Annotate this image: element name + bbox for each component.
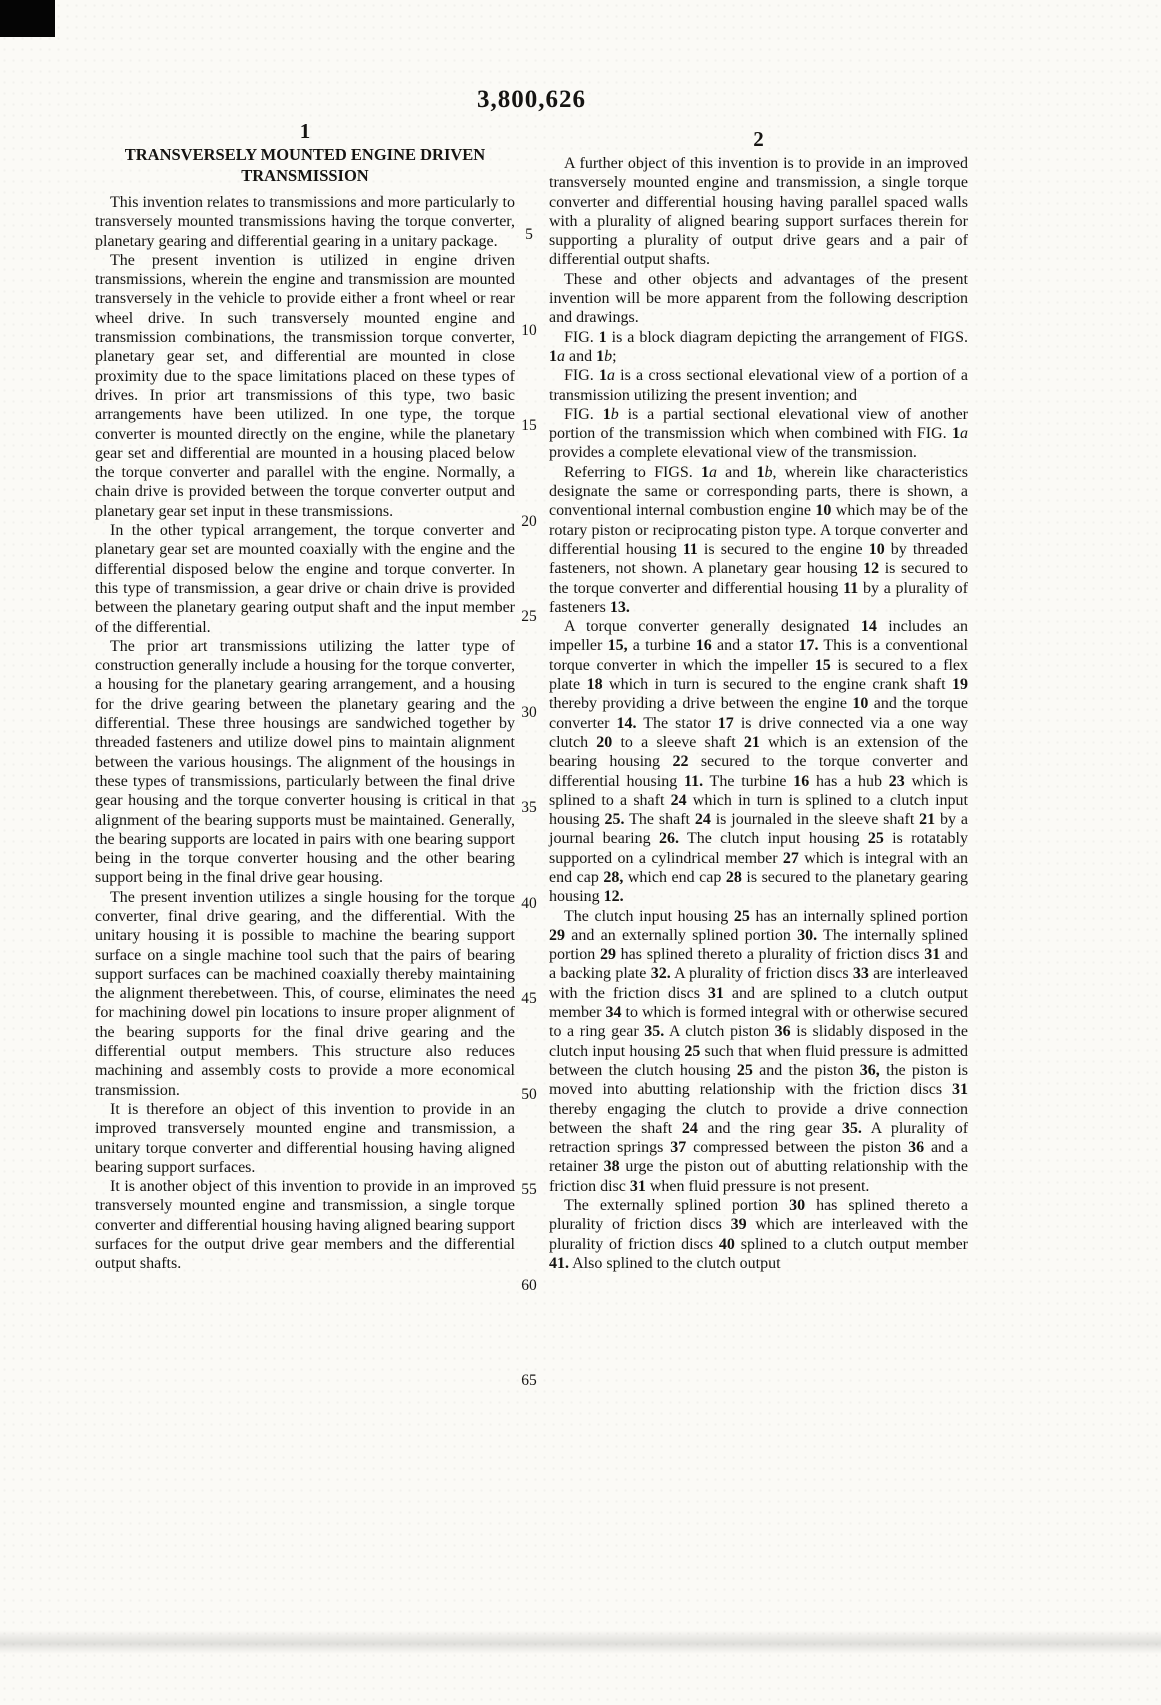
paragraph: The present invention utilizes a single … <box>95 888 515 1100</box>
line-number: 5 <box>512 226 546 244</box>
paragraph: FIG. 1a is a cross sectional elevational… <box>549 366 968 405</box>
paragraph: A further object of this invention is to… <box>549 154 968 270</box>
column-1-paragraphs: This invention relates to transmissions … <box>95 193 515 1274</box>
line-number: 60 <box>512 1277 546 1295</box>
paragraph: FIG. 1 is a block diagram depicting the … <box>549 328 968 367</box>
column-2-text: 2 A further object of this invention is … <box>549 120 968 1274</box>
line-number: 10 <box>512 322 546 340</box>
column-2-paragraphs: A further object of this invention is to… <box>549 154 968 1273</box>
invention-title-line1: TRANSVERSELY MOUNTED ENGINE DRIVEN <box>95 145 515 166</box>
line-number: 45 <box>512 990 546 1008</box>
paragraph: These and other objects and advantages o… <box>549 270 968 328</box>
line-number: 35 <box>512 799 546 817</box>
paragraph: FIG. 1b is a partial sectional elevation… <box>549 405 968 463</box>
line-number: 20 <box>512 513 546 531</box>
paragraph: The prior art transmissions utilizing th… <box>95 637 515 888</box>
paragraph: It is another object of this invention t… <box>95 1177 515 1273</box>
paragraph: A torque converter generally designated … <box>549 617 968 906</box>
line-number: 30 <box>512 704 546 722</box>
column-2-number: 2 <box>549 128 968 150</box>
paragraph: This invention relates to transmissions … <box>95 193 515 251</box>
paragraph: In the other typical arrangement, the to… <box>95 521 515 637</box>
line-number: 50 <box>512 1086 546 1104</box>
paragraph: It is therefore an object of this invent… <box>95 1100 515 1177</box>
scan-artifact-corner <box>0 0 55 37</box>
column-1-text: 1 TRANSVERSELY MOUNTED ENGINE DRIVEN TRA… <box>95 120 515 1274</box>
line-number: 65 <box>512 1372 546 1390</box>
line-number: 15 <box>512 417 546 435</box>
line-number: 55 <box>512 1181 546 1199</box>
invention-title: TRANSVERSELY MOUNTED ENGINE DRIVEN TRANS… <box>95 145 515 186</box>
invention-title-line2: TRANSMISSION <box>95 166 515 187</box>
paragraph: Referring to FIGS. 1a and 1b, wherein li… <box>549 463 968 617</box>
paragraph: The externally splined portion 30 has sp… <box>549 1196 968 1273</box>
line-number: 40 <box>512 895 546 913</box>
patent-page: 3,800,626 1 TRANSVERSELY MOUNTED ENGINE … <box>0 0 1161 1705</box>
line-number-gutter: 5101520253035404550556065 <box>512 0 546 1705</box>
column-1-number: 1 <box>95 120 515 142</box>
paragraph: The present invention is utilized in eng… <box>95 251 515 521</box>
scan-artifact-band <box>0 1630 1161 1654</box>
line-number: 25 <box>512 608 546 626</box>
paragraph: The clutch input housing 25 has an inter… <box>549 907 968 1196</box>
